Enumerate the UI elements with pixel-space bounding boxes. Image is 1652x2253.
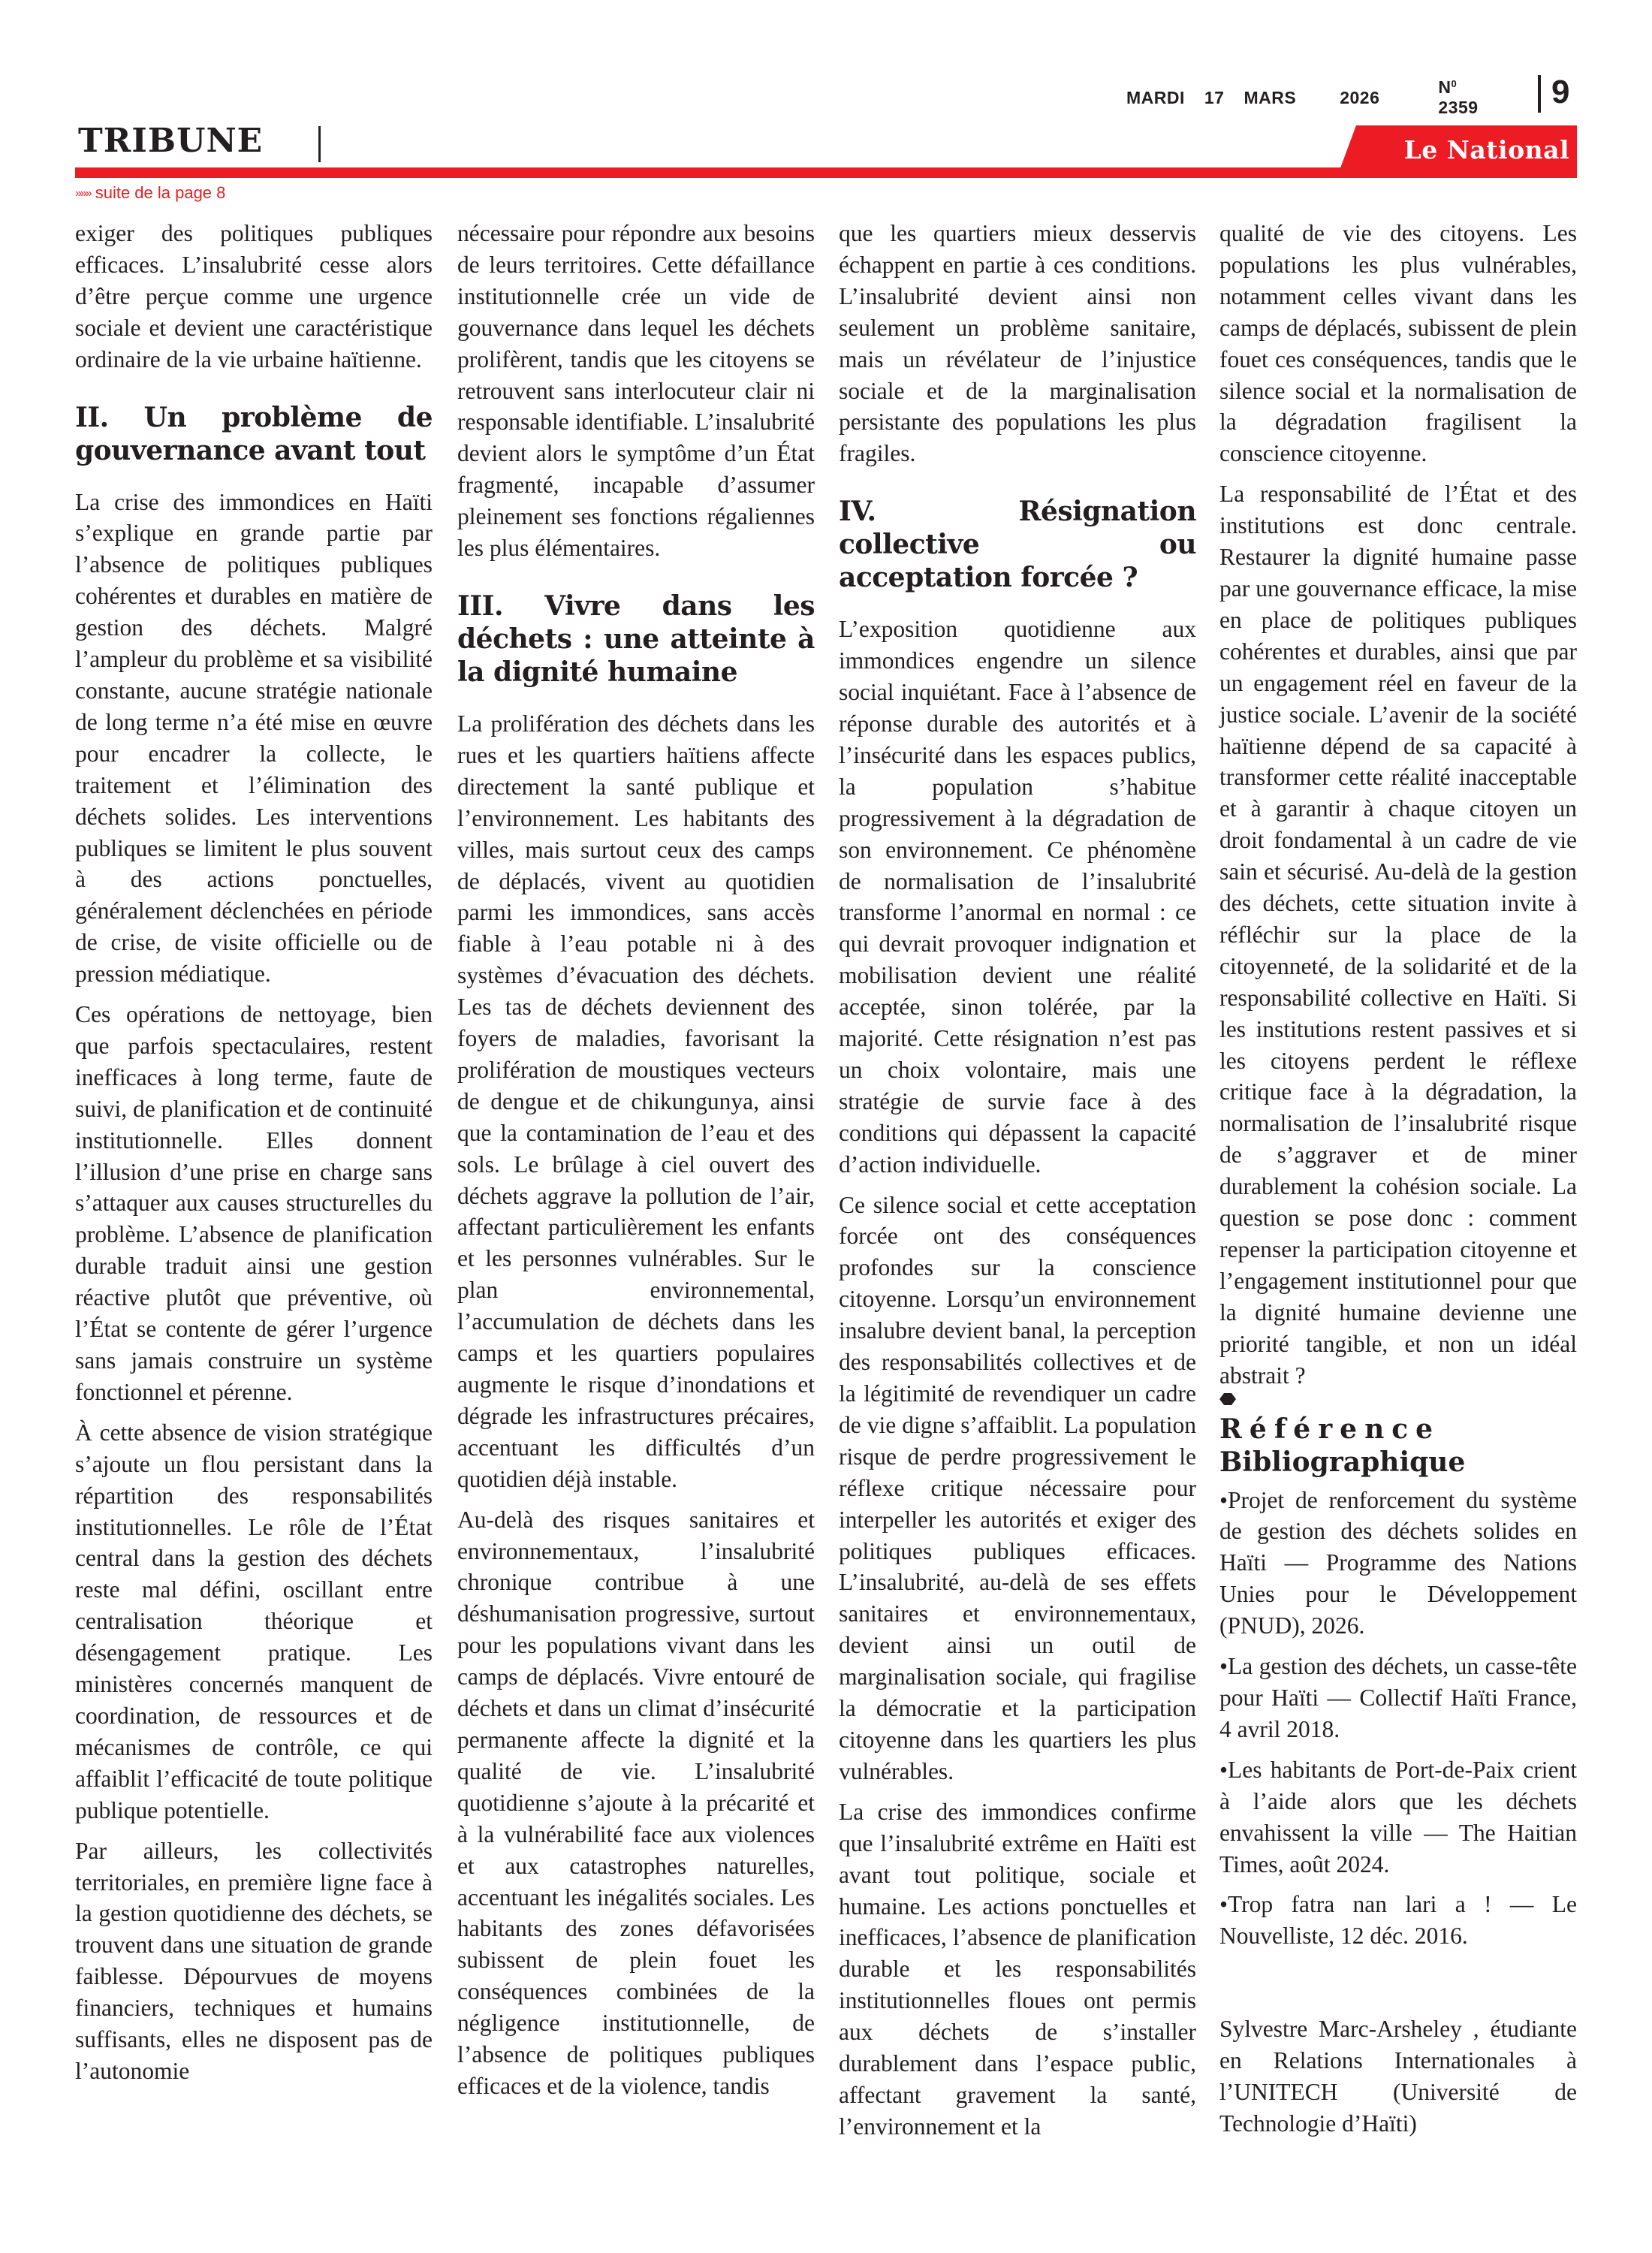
paragraph: nécessaire pour répondre aux besoins de … xyxy=(457,218,815,564)
section-title: TRIBUNE xyxy=(78,120,263,162)
paragraph: La crise des immondices confirme que l’i… xyxy=(839,1796,1196,2143)
header-red-rule xyxy=(75,167,1382,178)
paragraph: Ce silence social et cette acceptation f… xyxy=(839,1190,1196,1787)
section-divider xyxy=(318,126,321,162)
issue-number: N0 2359 xyxy=(1438,77,1502,118)
paragraph: exiger des politiques publiques efficace… xyxy=(75,218,433,375)
paragraph: Par ailleurs, les collectivités territor… xyxy=(75,1835,433,2087)
article-column-1: exiger des politiques publiques efficace… xyxy=(75,218,433,2096)
paragraph: Au-delà des risques sanitaires et enviro… xyxy=(457,1504,815,2102)
references-heading: Référence Bibliographique xyxy=(1219,1413,1577,1479)
issue-date-number: 17 xyxy=(1204,88,1225,108)
issue-month: MARS xyxy=(1244,88,1296,108)
section-heading-iv: IV. Résignation collective ou acceptatio… xyxy=(839,495,1196,594)
continuation-arrows-icon: »»» xyxy=(75,187,91,200)
paragraph: Ces opérations de nettoyage, bien que pa… xyxy=(75,999,433,1408)
paragraph: que les quartiers mieux desservis échapp… xyxy=(839,218,1196,469)
paragraph: La crise des immondices en Haïti s’expli… xyxy=(75,487,433,991)
paragraph: La prolifération des déchets dans les ru… xyxy=(457,708,815,1495)
newspaper-brand: Le National xyxy=(1374,131,1569,169)
reference-item: •Projet de renforcement du système de ge… xyxy=(1219,1485,1577,1642)
paragraph: La responsabilité de l’État et des insti… xyxy=(1219,478,1577,1391)
reference-item: •Trop fatra nan lari a ! — Le Nouvellist… xyxy=(1219,1889,1577,1952)
issue-day: MARDI xyxy=(1126,88,1185,108)
paragraph: qualité de vie des citoyens. Les populat… xyxy=(1219,218,1577,469)
reference-item: •Les habitants de Port-de-Paix crient à … xyxy=(1219,1754,1577,1881)
article-column-2: nécessaire pour répondre aux besoins de … xyxy=(457,218,815,2111)
article-column-3: que les quartiers mieux desservis échapp… xyxy=(839,218,1196,2152)
continued-from-link[interactable]: »»»suite de la page 8 xyxy=(75,182,225,205)
article-column-4: qualité de vie des citoyens. Les populat… xyxy=(1219,218,1577,2149)
reference-item: •La gestion des déchets, un casse-tête p… xyxy=(1219,1651,1577,1745)
continued-from-text: suite de la page 8 xyxy=(95,183,226,202)
end-of-article-icon xyxy=(1219,1393,1236,1405)
paragraph: À cette absence de vision stratégique s’… xyxy=(75,1417,433,1826)
paragraph: L’exposition quotidienne aux immondices … xyxy=(839,614,1196,1180)
issue-year: 2026 xyxy=(1340,88,1379,108)
section-heading-iii: III. Vivre dans les déchets : une attein… xyxy=(457,590,815,689)
page-number-divider xyxy=(1538,75,1541,113)
page-number: 9 xyxy=(1551,71,1569,113)
issue-date-line: MARDI 17 MARS 2026 N0 2359 xyxy=(1126,83,1502,113)
author-byline: Sylvestre Marc-Arsheley , étudiante en R… xyxy=(1219,2013,1577,2140)
section-heading-ii: II. Un problème de gouvernance avant tou… xyxy=(75,401,433,467)
